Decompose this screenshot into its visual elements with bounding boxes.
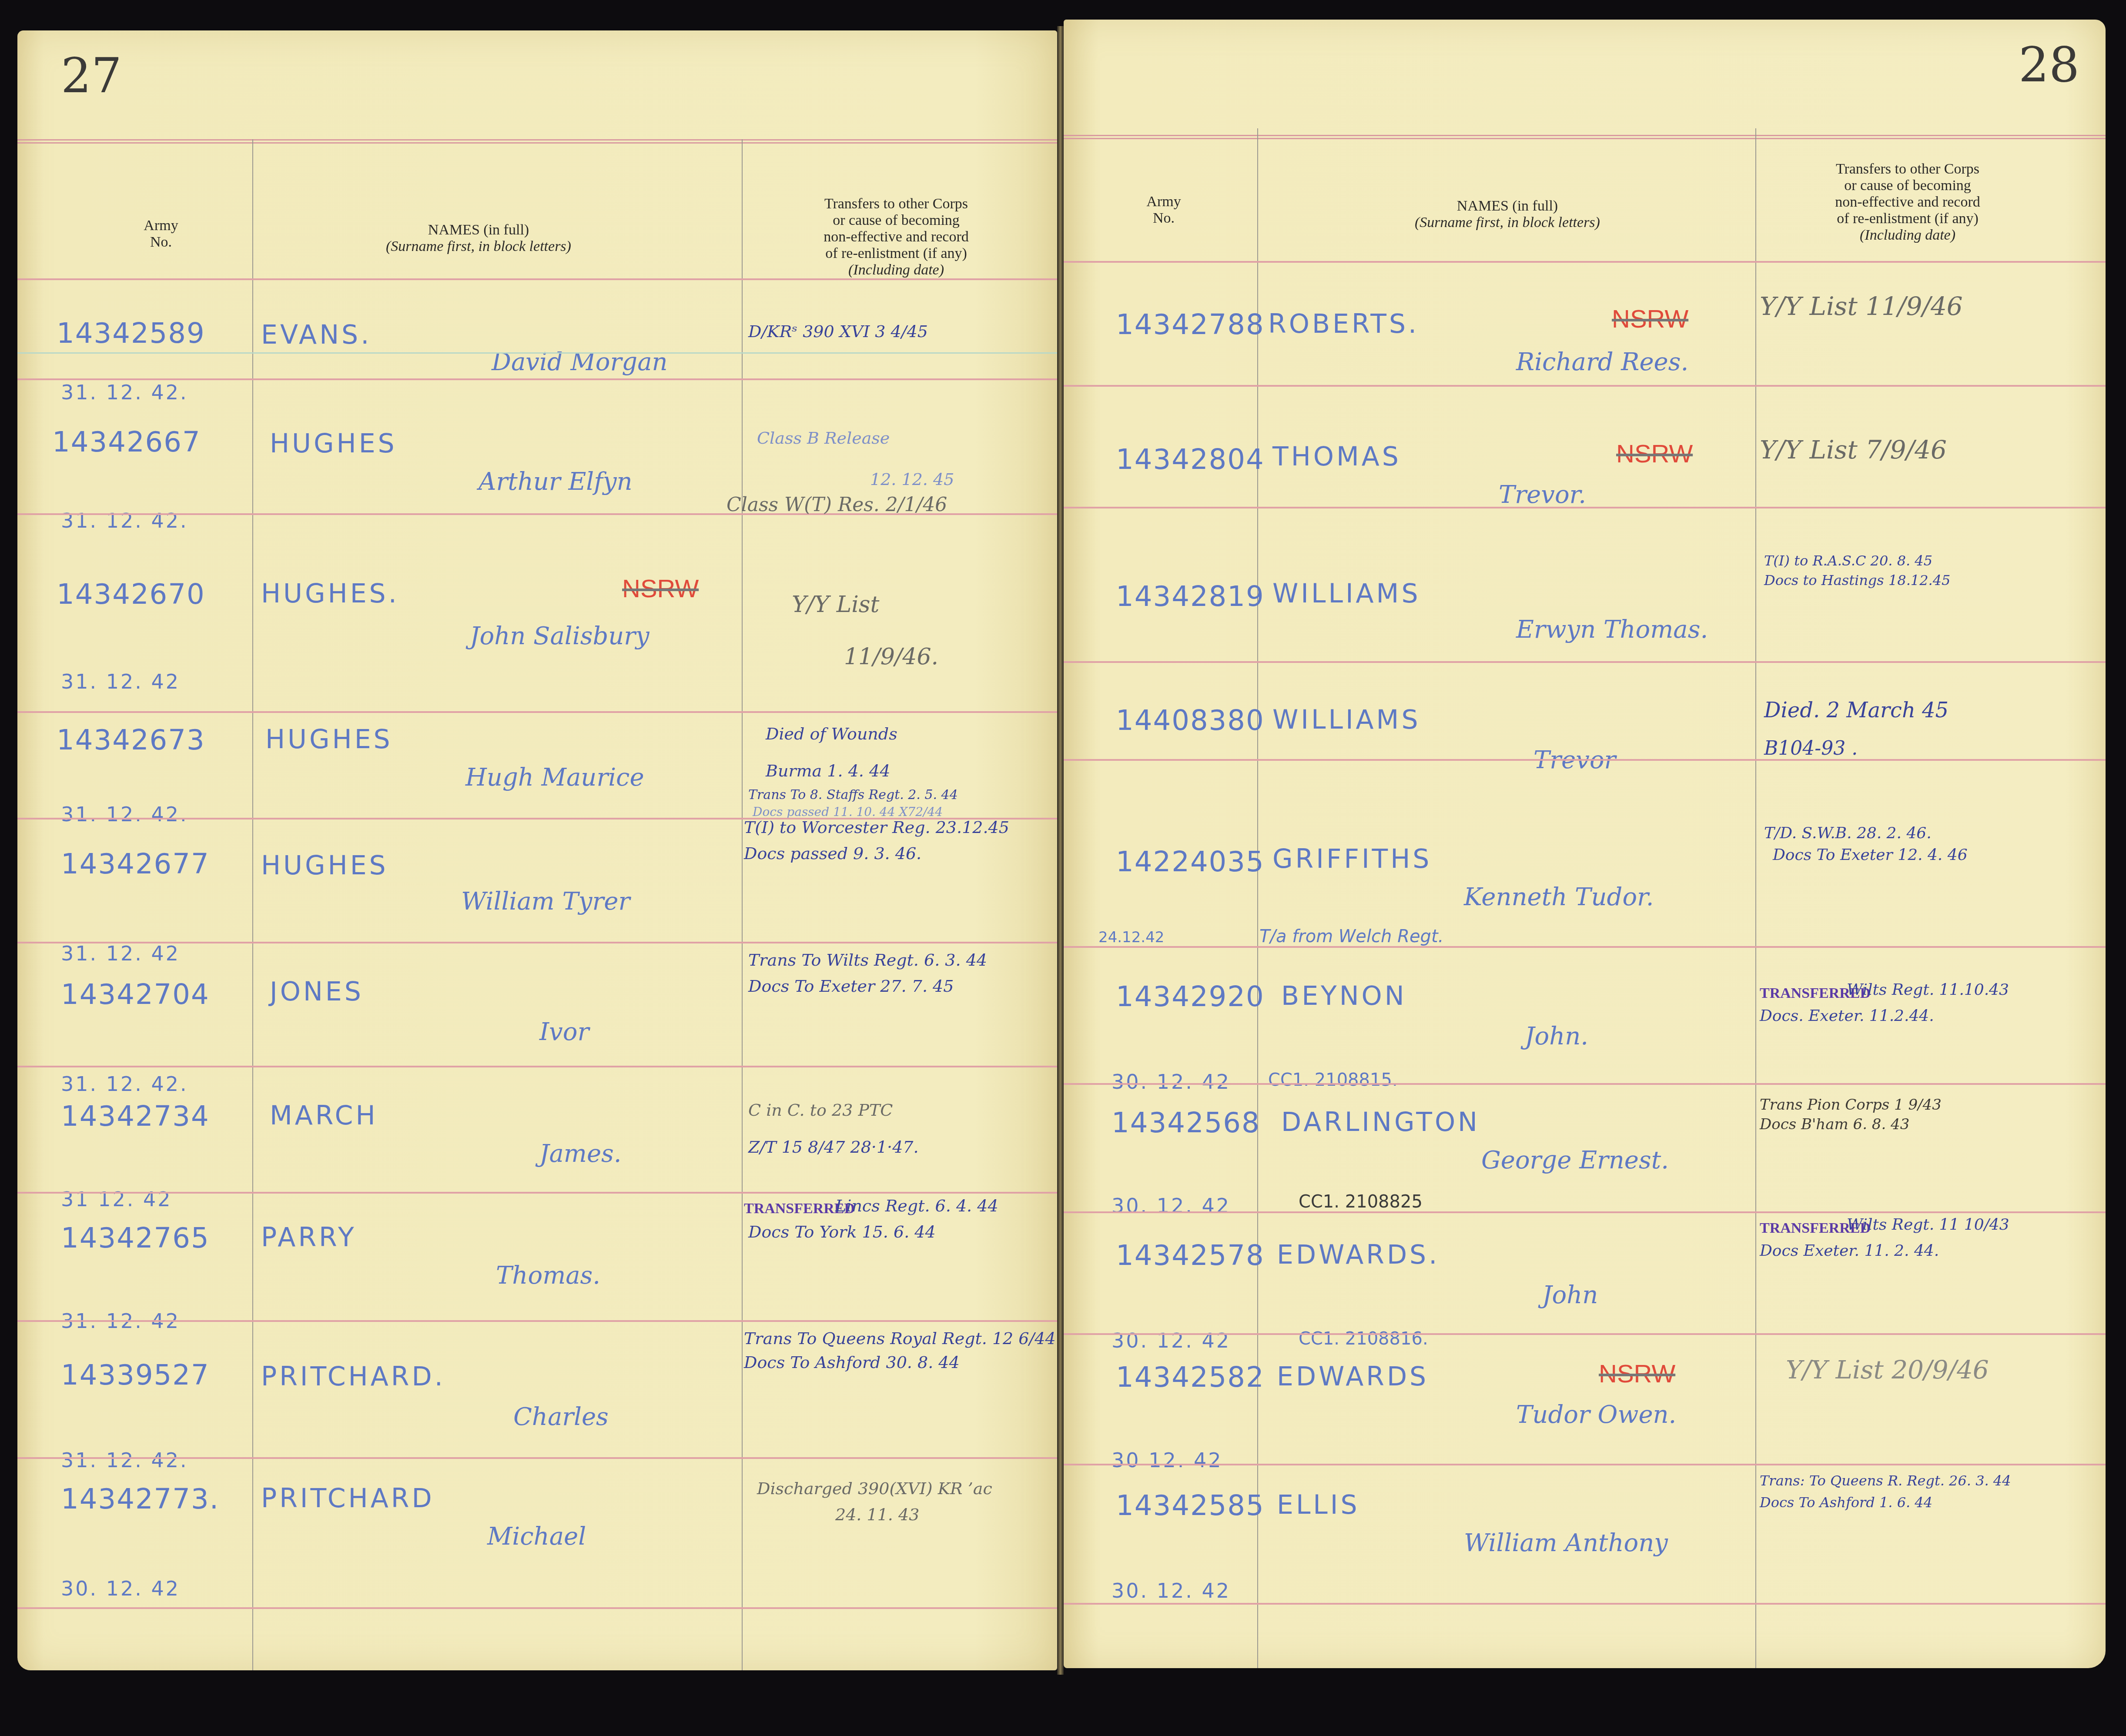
transfer-note: Trans To Wilts Regt. 6. 3. 44 (748, 950, 987, 970)
transfer-note: Y/Y List 11/9/46 (1760, 291, 1963, 321)
header-names-label: NAMES (in full) (428, 222, 529, 238)
transfer-note: Died. 2 March 45 (1764, 698, 1949, 722)
row-rule (1064, 1603, 2106, 1605)
forenames: William Anthony (1464, 1529, 1668, 1557)
enlistment-date: 30. 12. 42 (1112, 1329, 1231, 1352)
header-transfers-line: Transfers to other Corps (1836, 161, 1979, 177)
header-top-rule (1064, 135, 2106, 139)
column-divider (1257, 128, 1258, 1668)
transfer-note: Docs to Hastings 18.12.45 (1764, 572, 1950, 589)
transfer-note: D/KRˢ 390 XVI 3 4/45 (748, 322, 928, 341)
forenames: John. (1525, 1022, 1588, 1050)
transfer-note: Docs passed 9. 3. 46. (744, 844, 921, 863)
forenames: Erwyn Thomas. (1516, 615, 1708, 644)
page-number: 27 (61, 48, 122, 104)
transfer-note: Died of Wounds (766, 724, 897, 743)
forenames: Richard Rees. (1516, 348, 1688, 376)
row-rule (1064, 1211, 2106, 1213)
enlistment-remark: T/a from Welch Regt. (1259, 927, 1443, 947)
row-rule (1064, 1083, 2106, 1085)
transfer-note: 11/9/46. (844, 644, 938, 670)
header-transfers: Transfers to other Corps or cause of bec… (757, 196, 1035, 278)
row-rule (1064, 661, 2106, 663)
surname: JONES (270, 977, 364, 1007)
nsrw-stamp: NSRW (1599, 1359, 1675, 1388)
transfer-note: T(I) to Worcester Reg. 23.12.45 (744, 818, 1009, 837)
transfer-note: Class B Release (757, 428, 890, 448)
transfer-note: B104-93 . (1764, 737, 1858, 759)
army-number: 14342677 (61, 848, 210, 880)
transfer-note: Docs. Exeter. 11.2.44. (1760, 1007, 1934, 1025)
transfer-note: Discharged 390(XVI) KR ’ac (757, 1479, 992, 1498)
army-number: 14342673 (57, 724, 205, 756)
surname: WILLIAMS (1272, 579, 1420, 609)
enlistment-remark: CC1. 2108815. (1268, 1070, 1398, 1090)
surname: BEYNON (1281, 981, 1407, 1011)
surname: ROBERTS. (1268, 309, 1419, 339)
surname: THOMAS (1272, 442, 1401, 472)
army-number: 14224035 (1116, 846, 1265, 878)
transfer-note: Z/T 15 8/47 28·1·47. (748, 1137, 919, 1157)
row-rule (1064, 507, 2106, 508)
register-entry: 14342589 EVANS. David Morgan 31. 12. 42.… (17, 278, 1057, 409)
army-number: 14342667 (52, 426, 201, 458)
forenames: Hugh Maurice (465, 763, 644, 792)
surname: MARCH (270, 1100, 378, 1131)
transfer-note: Wilts Regt. 11.10.43 (1847, 981, 2009, 999)
surname: HUGHES (261, 850, 388, 881)
transfer-note: Docs To Ashford 1. 6. 44 (1760, 1494, 1932, 1511)
surname: EVANS. (261, 320, 372, 350)
row-rule (17, 1320, 1057, 1322)
header-top-rule (17, 139, 1057, 144)
header-names-sub: (Surname first, in block letters) (1368, 214, 1647, 231)
transfer-note: Y/Y List 7/9/46 (1760, 435, 1947, 465)
army-number: 14339527 (61, 1359, 210, 1391)
right-page: 28 Army No. NAMES (in full) (Surname fir… (1064, 20, 2106, 1668)
surname: DARLINGTON (1281, 1107, 1480, 1137)
surname: GRIFFITHS (1272, 844, 1432, 874)
transfer-note: Docs Exeter. 11. 2. 44. (1760, 1242, 1939, 1260)
enlistment-date: 30. 12. 42 (1112, 1579, 1231, 1602)
forenames: Charles (513, 1403, 609, 1431)
army-number: 14342589 (57, 318, 205, 350)
transfer-note: Docs To Exeter 27. 7. 45 (748, 977, 954, 996)
transfer-note: Y/Y List 20/9/46 (1786, 1355, 1989, 1385)
page-number: 28 (2019, 37, 2079, 93)
transfer-note: Y/Y List (792, 592, 879, 618)
transfer-note: Class W(T) Res. 2/1/46 (727, 494, 947, 516)
enlistment-date: 30. 12. 42 (1112, 1070, 1231, 1094)
army-number: 14342670 (57, 579, 205, 611)
army-number: 14408380 (1116, 705, 1265, 737)
surname: HUGHES (265, 724, 393, 755)
army-number: 14342788 (1116, 309, 1265, 341)
forenames: Thomas. (496, 1261, 600, 1290)
enlistment-date: 30. 12. 42 (61, 1577, 180, 1600)
header-names-sub: (Surname first, in block letters) (348, 238, 609, 255)
transfer-note: T(I) to R.A.S.C 20. 8. 45 (1764, 552, 1932, 569)
enlistment-date: 31. 12. 42. (61, 803, 188, 826)
transfer-note: 24. 11. 43 (835, 1505, 919, 1524)
enlistment-date: 31. 12. 42. (61, 1072, 188, 1096)
forenames: John (1542, 1281, 1598, 1309)
army-number: 14342578 (1116, 1240, 1265, 1272)
army-number: 14342582 (1116, 1361, 1265, 1394)
header-names: NAMES (in full) (Surname first, in block… (1368, 198, 1647, 231)
enlistment-remark: CC1. 2108816. (1299, 1329, 1428, 1349)
forenames: Kenneth Tudor. (1464, 883, 1654, 911)
row-rule (17, 1192, 1057, 1194)
left-page: 27 Army No. NAMES (in full) (Surname fir… (17, 30, 1057, 1670)
header-army-no: Army No. (1120, 194, 1207, 227)
forenames: Arthur Elfyn (479, 468, 633, 496)
header-army-no: Army No. (117, 217, 204, 251)
header-transfers-line: or cause of becoming (833, 212, 960, 228)
forenames: Michael (487, 1522, 586, 1551)
transfer-note: Wilts Regt. 11 10/43 (1847, 1216, 2009, 1234)
enlistment-remark: CC1. 2108825 (1299, 1192, 1423, 1212)
header-names: NAMES (in full) (Surname first, in block… (348, 222, 609, 255)
enlistment-date: 31. 12. 42. (61, 1448, 188, 1472)
row-rule (1064, 1464, 2106, 1465)
army-number: 14342819 (1116, 581, 1265, 613)
column-divider (1755, 128, 1756, 1668)
surname: EDWARDS (1277, 1361, 1429, 1392)
row-rule (1064, 385, 2106, 387)
surname: HUGHES. (261, 579, 399, 609)
forenames: James. (539, 1140, 622, 1168)
header-transfers-line: non-effective and record (1835, 194, 1980, 210)
transfer-note: Burma 1. 4. 44 (766, 761, 890, 780)
forenames: Tudor Owen. (1516, 1401, 1676, 1429)
forenames: William Tyrer (461, 887, 630, 916)
surname: PRITCHARD (261, 1483, 435, 1514)
guide-rule (17, 352, 1057, 354)
enlistment-date: 31. 12. 42 (61, 670, 180, 693)
forenames: Trevor. (1499, 481, 1586, 509)
header-transfers-line: or cause of becoming (1844, 177, 1971, 194)
book-spine (1057, 26, 1064, 1675)
army-number: 14342734 (61, 1100, 210, 1133)
row-rule (1064, 759, 2106, 761)
enlistment-date: 31. 12. 42. (61, 509, 188, 532)
army-number: 14342804 (1116, 444, 1265, 476)
transfer-note: Docs passed 11. 10. 44 X72/44 (753, 805, 943, 819)
row-rule (17, 1457, 1057, 1459)
enlistment-date: 31 12. 42 (61, 1187, 172, 1211)
transfer-note: T/D. S.W.B. 28. 2. 46. (1764, 824, 1932, 842)
surname: HUGHES (270, 428, 397, 459)
forenames: John Salisbury (470, 622, 650, 650)
army-number: 14342704 (61, 979, 210, 1011)
header-transfers-sub: (Including date) (1768, 227, 2047, 244)
transfer-note: Trans To Queens Royal Regt. 12 6/44 (744, 1329, 1056, 1348)
transfer-note: Docs B'ham 6. 8. 43 (1760, 1116, 1909, 1133)
transfer-note: Trans To 8. Staffs Regt. 2. 5. 44 (748, 787, 958, 803)
header-no-label: No. (1153, 210, 1175, 226)
row-rule (17, 711, 1057, 713)
row-rule (1064, 1333, 2106, 1335)
army-number: 14342585 (1116, 1490, 1265, 1522)
transfer-note: 12. 12. 45 (870, 470, 954, 489)
header-army-label: Army (1146, 194, 1181, 210)
transfer-note: Trans: To Queens R. Regt. 26. 3. 44 (1760, 1472, 2011, 1489)
transfer-note: Docs To York 15. 6. 44 (748, 1222, 936, 1241)
row-rule (17, 378, 1057, 380)
header-no-label: No. (150, 234, 172, 250)
header-transfers-sub: (Including date) (757, 262, 1035, 278)
transfer-note: Docs To Ashford 30. 8. 44 (744, 1353, 960, 1372)
enlistment-date: 30 12. 42 (1112, 1448, 1222, 1472)
enlistment-date: 30. 12. 42 (1112, 1194, 1231, 1218)
surname: ELLIS (1277, 1490, 1360, 1520)
enlistment-date: 24.12.42 (1098, 929, 1164, 946)
row-rule (17, 942, 1057, 943)
transfer-note: Lincs Regt. 6. 4. 44 (835, 1196, 998, 1215)
enlistment-date: 31. 12. 42. (61, 381, 188, 404)
transfer-note: C in C. to 23 PTC (748, 1100, 893, 1120)
enlistment-date: 31. 12. 42 (61, 942, 180, 965)
header-transfers-line: non-effective and record (824, 229, 969, 245)
row-rule (1064, 261, 2106, 263)
army-number: 14342765 (61, 1222, 210, 1254)
forenames: Ivor (539, 1018, 589, 1046)
header-transfers-line: Transfers to other Corps (824, 196, 968, 212)
surname: PRITCHARD. (261, 1361, 445, 1392)
header-transfers: Transfers to other Corps or cause of bec… (1768, 161, 2047, 244)
header-army-label: Army (144, 217, 178, 234)
surname: WILLIAMS (1272, 705, 1420, 735)
row-rule (17, 1066, 1057, 1067)
army-number: 14342568 (1112, 1107, 1260, 1139)
army-number: 14342920 (1116, 981, 1265, 1013)
nsrw-stamp: NSRW (1612, 304, 1688, 334)
nsrw-stamp: NSRW (1616, 439, 1693, 468)
forenames: George Ernest. (1481, 1146, 1669, 1174)
transfer-note: Trans Pion Corps 1 9/43 (1760, 1096, 1942, 1114)
header-transfers-line: of re-enlistment (if any) (825, 245, 967, 261)
header-names-label: NAMES (in full) (1457, 198, 1558, 214)
row-rule (1064, 946, 2106, 948)
army-number: 14342773. (61, 1483, 219, 1515)
nsrw-stamp: NSRW (622, 574, 699, 603)
row-rule (17, 1607, 1057, 1609)
transfer-note: Docs To Exeter 12. 4. 46 (1773, 846, 1968, 864)
surname: EDWARDS. (1277, 1240, 1440, 1270)
header-transfers-line: of re-enlistment (if any) (1837, 211, 1979, 227)
surname: PARRY (261, 1222, 357, 1253)
